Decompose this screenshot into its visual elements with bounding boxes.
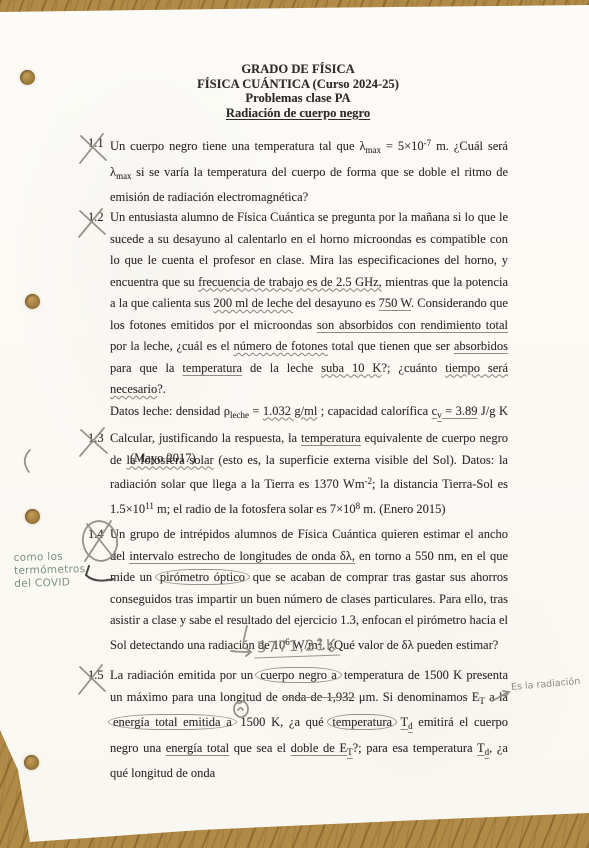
problem-1-3: 1.3 Calcular, justificando la respuesta,… <box>88 428 508 520</box>
problem-1-5: 1.5 La radiación emitida por un cuerpo n… <box>88 665 508 785</box>
punch-hole <box>20 70 35 85</box>
course-title: FÍSICA CUÁNTICA (Curso 2024-25) <box>88 77 508 92</box>
problem-text: Un cuerpo negro tiene una temperatura ta… <box>88 133 508 209</box>
degree-title: GRADO DE FÍSICA <box>88 62 508 77</box>
punch-hole <box>25 294 40 309</box>
handwritten-margin-note-green: como los termómetros del COVID <box>14 550 86 591</box>
problem-text: Calcular, justificando la respuesta, la … <box>88 428 508 520</box>
topic-title: Radiación de cuerpo negro <box>88 106 508 121</box>
problem-number: 1.5 <box>88 665 104 687</box>
document-header: GRADO DE FÍSICA FÍSICA CUÁNTICA (Curso 2… <box>88 62 508 120</box>
problem-number: 1.1 <box>88 133 104 155</box>
problem-text: La radiación emitida por un cuerpo negro… <box>88 665 508 785</box>
handwritten-answer: 5771,21K <box>254 636 341 659</box>
problem-number: 1.4 <box>88 524 104 546</box>
scanned-document: GRADO DE FÍSICA FÍSICA CUÁNTICA (Curso 2… <box>0 0 589 848</box>
problem-number: 1.2 <box>88 207 104 229</box>
problem-1-1: 1.1 Un cuerpo negro tiene una temperatur… <box>88 133 508 209</box>
problem-text: Un entusiasta alumno de Física Cuántica … <box>88 207 508 401</box>
sheet-title: Problemas clase PA <box>88 91 508 106</box>
punch-hole <box>24 755 39 770</box>
problem-number: 1.3 <box>88 428 104 450</box>
punch-hole <box>25 509 40 524</box>
